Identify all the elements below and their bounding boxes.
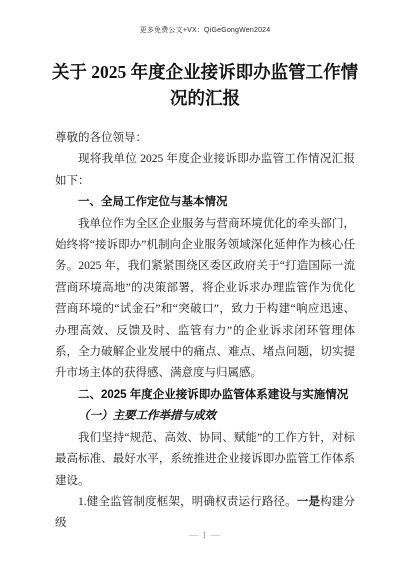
text-run: 一是 (297, 496, 320, 508)
document-title-line-2: 况的汇报 (40, 85, 370, 111)
paragraph-1: 尊敬的各位领导： (55, 128, 355, 149)
text-run: 尊敬的各位领导： (55, 132, 147, 144)
text-run: 一、全局工作定位与基本情况 (78, 196, 228, 208)
text-run: 我们坚持“规范、高效、协同、赋能”的工作方针，对标最高标准、最好水平，系统推进企… (55, 432, 355, 487)
text-run: 二、2025 年度企业接诉即办监管体系建设与实施情况 (78, 389, 348, 401)
paragraph-4: 我单位作为全区企业服务与营商环境优化的牵头部门，始终将“接诉即办”机制向企业服务… (55, 214, 355, 385)
text-run: （一）主要工作举措与成效 (78, 410, 216, 422)
watermark-text: 更多免费公文+VX：QiGeGongWen2024 (0, 26, 410, 35)
paragraph-3: 一、全局工作定位与基本情况 (55, 192, 355, 213)
document-body: 尊敬的各位领导：现将我单位 2025 年度企业接诉即办监管工作情况汇报如下：一、… (55, 128, 355, 535)
paragraph-7: 我们坚持“规范、高效、协同、赋能”的工作方针，对标最高标准、最好水平，系统推进企… (55, 428, 355, 492)
text-run: 现将我单位 2025 年度企业接诉即办监管工作情况汇报如下： (55, 153, 355, 186)
document-title: 关于 2025 年度企业接诉即办监管工作情 况的汇报 (40, 59, 370, 111)
paragraph-6: （一）主要工作举措与成效 (55, 406, 355, 427)
paragraph-2: 现将我单位 2025 年度企业接诉即办监管工作情况汇报如下： (55, 149, 355, 192)
paragraph-5: 二、2025 年度企业接诉即办监管体系建设与实施情况 (55, 385, 355, 406)
text-run: 1.健全监管制度框架，明确权责运行路径。 (78, 496, 297, 508)
document-page: 更多免费公文+VX：QiGeGongWen2024 关于 2025 年度企业接诉… (0, 0, 410, 580)
footer-page-number: — 1 — (0, 529, 410, 541)
document-title-line-1: 关于 2025 年度企业接诉即办监管工作情 (40, 59, 370, 85)
text-run: 我单位作为全区企业服务与营商环境优化的牵头部门，始终将“接诉即办”机制向企业服务… (55, 218, 355, 380)
